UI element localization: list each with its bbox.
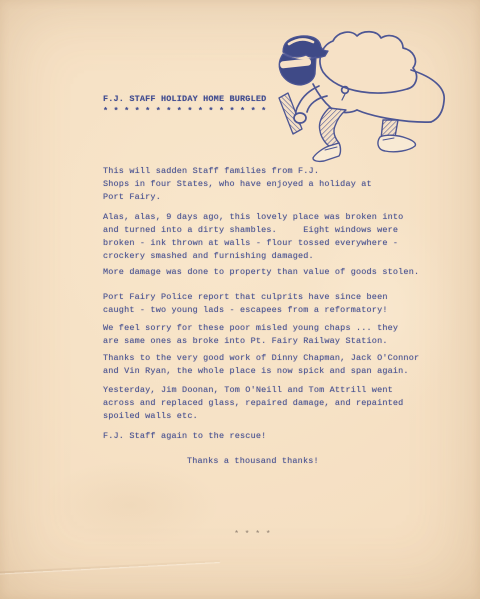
- coat-button-tail: [342, 94, 345, 100]
- burglar-arm-inner: [307, 96, 327, 112]
- closing-line: Thanks a thousand thanks!: [187, 455, 319, 468]
- burglar-cartoon-illustration: [263, 30, 455, 166]
- burglar-hand: [294, 113, 306, 123]
- paragraph-rescue: F.J. Staff again to the rescue!: [103, 430, 266, 443]
- title-asterisk-underline: * * * * * * * * * * * * * * * *: [103, 106, 266, 117]
- paragraph-damage: More damage was done to property than va…: [103, 266, 419, 279]
- paragraph-repairs: Yesterday, Jim Doonan, Tom O'Neill and T…: [103, 384, 403, 423]
- rear-shoe: [378, 135, 415, 152]
- front-shoe: [313, 143, 341, 161]
- burglar-mask: [279, 54, 316, 85]
- paragraph-thanks-cleanup: Thanks to the very good work of Dinny Ch…: [103, 352, 419, 378]
- paper-crease: [0, 560, 220, 574]
- paragraph-police: Port Fairy Police report that culprits h…: [103, 291, 388, 317]
- scanned-letter-page: F.J. STAFF HOLIDAY HOME BURGLED * * * * …: [0, 0, 480, 599]
- letter-title: F.J. STAFF HOLIDAY HOME BURGLED: [103, 94, 266, 105]
- paper-stain: [40, 460, 220, 550]
- loot-sack: [320, 32, 417, 93]
- footer-asterisks: * * * *: [234, 528, 271, 541]
- front-trouser-leg: [319, 108, 346, 146]
- paragraph-sympathy: We feel sorry for these poor misled youn…: [103, 322, 398, 348]
- paragraph-intro: This will sadden Staff families from F.J…: [103, 165, 372, 204]
- paragraph-break-in: Alas, alas, 9 days ago, this lovely plac…: [103, 211, 403, 263]
